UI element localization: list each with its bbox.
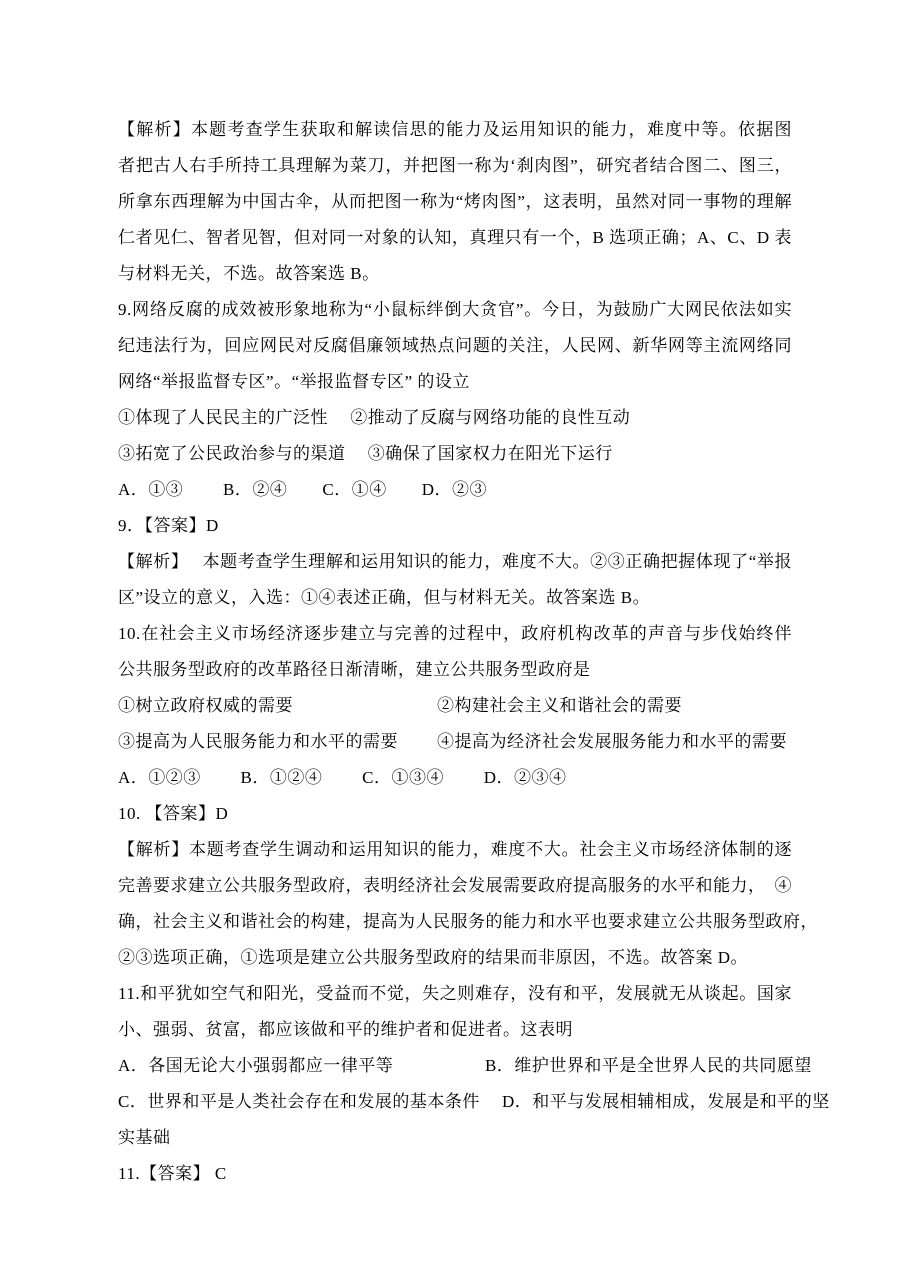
q8-analysis-line: 【解析】本题考查学生获取和解读信思的能力及运用知识的能力，难度中等。依据图一，书…: [118, 112, 792, 148]
q10-choices-row: A．①②③ B．①②④ C．①③④ D．②③④: [118, 760, 792, 796]
q10-analysis-line: 完善要求建立公共服务型政府，表明经济社会发展需要政府提高服务的水平和能力， ④ …: [118, 868, 792, 904]
q9-stem-line: 纪违法行为，回应网民对反腐倡廉领域热点问题的关注，人民网、新华网等主流网络同步退…: [118, 328, 792, 364]
q8-analysis-line: 所拿东西理解为中国古伞，从而把图一称为“烤肉图”，这表明，虽然对同一事物的理解可…: [118, 184, 792, 220]
q9-stem-line: 9.网络反腐的成效被形象地称为“小鼠标绊倒大贪官”。今日，为鼓励广大网民依法如实…: [118, 292, 792, 328]
q8-analysis-line: 与材料无关，不选。故答案选 B。: [118, 256, 792, 292]
q10-option-3: ③提高为人民服务能力和水平的需要: [118, 724, 437, 760]
q9-answer-line: 9．【答案】D: [118, 508, 792, 544]
document-page: 【解析】本题考查学生获取和解读信思的能力及运用知识的能力，难度中等。依据图一，书…: [0, 0, 910, 1287]
q10-stem-line: 10.在社会主义市场经济逐步建立与完善的过程中，政府机构改革的声音与步伐始终伴随…: [118, 616, 792, 652]
q10-analysis-line: ②③选项正确，①选项是建立公共服务型政府的结果而非原因，不选。故答案 D。: [118, 940, 792, 976]
q11-choice-a: A．各国无论大小强弱都应一律平等: [118, 1048, 485, 1084]
q10-options-row: ③提高为人民服务能力和水平的需要 ④提高为经济社会发展服务能力和水平的需要: [118, 724, 792, 760]
q11-stem-line: 小、强弱、贫富，都应该做和平的维护者和促进者。这表明: [118, 1012, 792, 1048]
q11-answer-line: 11.【答案】 C: [118, 1156, 792, 1192]
q9-analysis-line: 区”设立的意义，入选：①④表述正确，但与材料无关。故答案选 B。: [118, 580, 792, 616]
q11-choice-d-overflow: 实基础: [118, 1120, 792, 1156]
q11-choice-c: C．世界和平是人类社会存在和发展的基本条件: [118, 1084, 502, 1120]
q11-stem-line: 11.和平犹如空气和阳光，受益而不觉，失之则难存，没有和平，发展就无从谈起。国家…: [118, 976, 792, 1012]
q10-option-4: ④提高为经济社会发展服务能力和水平的需要: [437, 724, 787, 760]
q9-analysis-line: 【解析】 本题考查学生理解和运用知识的能力，难度不大。②③正确把握体现了“举报监…: [118, 544, 792, 580]
q8-analysis-line: 者把古人右手所持工具理解为菜刀，并把图一称为‘刹肉图”，研究者结合图二、图三，把…: [118, 148, 792, 184]
q9-stem-line: 网络“举报监督专区”。“举报监督专区” 的设立: [118, 364, 792, 400]
q10-analysis-line: 确，社会主义和谐社会的构建，提高为人民服务的能力和水平也要求建立公共服务型政府，: [118, 904, 792, 940]
q10-option-1: ①树立政府权威的需要: [118, 688, 437, 724]
q9-option-line: ③拓宽了公民政治参与的渠道 ③确保了国家权力在阳光下运行: [118, 436, 792, 472]
q8-analysis-line: 仁者见仁、智者见智，但对同一对象的认知，真理只有一个，B 选项正确；A、C、D …: [118, 220, 792, 256]
q11-choice-b: B．维护世界和平是全世界人民的共同愿望: [485, 1048, 812, 1084]
q10-stem-line: 公共服务型政府的改革路径日渐清晰，建立公共服务型政府是: [118, 652, 792, 688]
q11-choices-row: A．各国无论大小强弱都应一律平等 B．维护世界和平是全世界人民的共同愿望: [118, 1048, 792, 1084]
q11-choice-d: D．和平与发展相辅相成，发展是和平的坚: [502, 1084, 830, 1120]
q10-analysis-line: 【解析】本题考查学生调动和运用知识的能力，难度不大。社会主义市场经济体制的逐步建…: [118, 832, 792, 868]
q9-choices-row: A．①③ B．②④ C．①④ D．②③: [118, 472, 792, 508]
q9-option-line: ①体现了人民民主的广泛性 ②推动了反腐与网络功能的良性互动: [118, 400, 792, 436]
q10-answer-line: 10. 【答案】D: [118, 796, 792, 832]
q10-option-2: ②构建社会主义和谐社会的需要: [437, 688, 682, 724]
q10-options-row: ①树立政府权威的需要 ②构建社会主义和谐社会的需要: [118, 688, 792, 724]
q11-choices-row: C．世界和平是人类社会存在和发展的基本条件 D．和平与发展相辅相成，发展是和平的…: [118, 1084, 792, 1120]
